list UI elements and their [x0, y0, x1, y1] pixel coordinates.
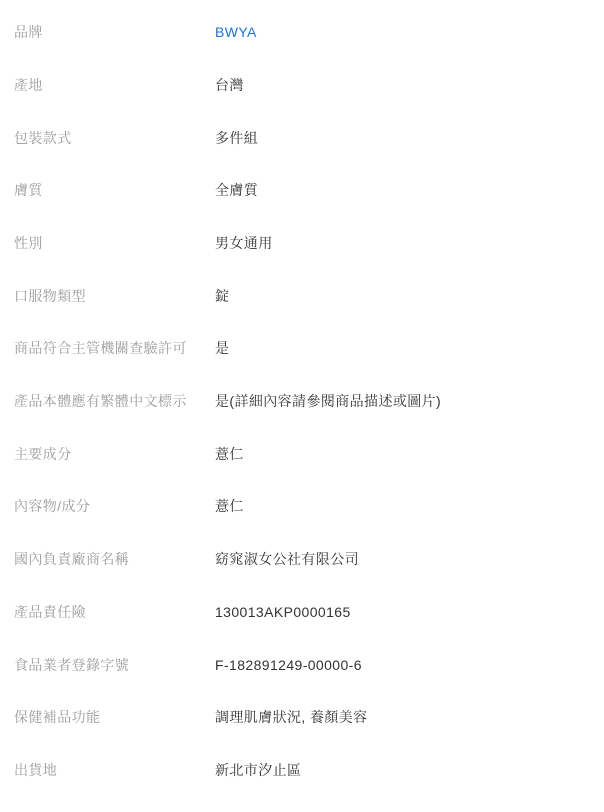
spec-row: 包裝款式 多件組 [0, 111, 604, 164]
spec-value: 窈窕淑女公社有限公司 [215, 550, 604, 568]
spec-row: 內容物/成分 薏仁 [0, 480, 604, 533]
spec-label: 產品本體應有繁體中文標示 [14, 392, 215, 410]
spec-value: 薏仁 [215, 445, 604, 463]
spec-row: 產品本體應有繁體中文標示 是(詳細內容請參閱商品描述或圖片) [0, 375, 604, 428]
spec-label: 商品符合主管機關查驗許可 [14, 339, 215, 357]
spec-value: 新北市汐止區 [215, 761, 604, 779]
spec-row: 食品業者登錄字號 F-182891249-00000-6 [0, 638, 604, 691]
spec-label: 口服物類型 [14, 287, 215, 305]
spec-label: 包裝款式 [14, 129, 215, 147]
spec-row: 保健補品功能 調理肌膚狀況, 養顏美容 [0, 691, 604, 744]
spec-row: 主要成分 薏仁 [0, 428, 604, 481]
spec-row: 出貨地 新北市汐止區 [0, 744, 604, 797]
spec-value: 台灣 [215, 76, 604, 94]
spec-label: 出貨地 [14, 761, 215, 779]
spec-row: 產品責任險 130013AKP0000165 [0, 586, 604, 639]
spec-row: 產地 台灣 [0, 59, 604, 112]
spec-value: 130013AKP0000165 [215, 603, 604, 621]
spec-label: 性別 [14, 234, 215, 252]
spec-row: 口服物類型 錠 [0, 269, 604, 322]
spec-row: 膚質 全膚質 [0, 164, 604, 217]
spec-value: 男女通用 [215, 234, 604, 252]
spec-label: 國內負責廠商名稱 [14, 550, 215, 568]
spec-row: 品牌 BWYA [0, 6, 604, 59]
spec-label: 主要成分 [14, 445, 215, 463]
spec-value: 調理肌膚狀況, 養顏美容 [215, 708, 604, 726]
spec-value: 薏仁 [215, 497, 604, 515]
spec-label: 食品業者登錄字號 [14, 656, 215, 674]
spec-value: 全膚質 [215, 181, 604, 199]
spec-value: 是(詳細內容請參閱商品描述或圖片) [215, 392, 604, 410]
product-spec-table: 品牌 BWYA 產地 台灣 包裝款式 多件組 膚質 全膚質 性別 男女通用 口服… [0, 0, 604, 796]
spec-label: 產品責任險 [14, 603, 215, 621]
spec-label: 保健補品功能 [14, 708, 215, 726]
spec-row: 性別 男女通用 [0, 217, 604, 270]
spec-value: F-182891249-00000-6 [215, 656, 604, 674]
spec-row: 商品符合主管機關查驗許可 是 [0, 322, 604, 375]
spec-label: 內容物/成分 [14, 497, 215, 515]
spec-label: 品牌 [14, 23, 215, 41]
spec-label: 產地 [14, 76, 215, 94]
spec-value: 是 [215, 339, 604, 357]
spec-label: 膚質 [14, 181, 215, 199]
brand-link[interactable]: BWYA [215, 23, 604, 41]
spec-row: 國內負責廠商名稱 窈窕淑女公社有限公司 [0, 533, 604, 586]
spec-value: 多件組 [215, 129, 604, 147]
spec-value: 錠 [215, 287, 604, 305]
